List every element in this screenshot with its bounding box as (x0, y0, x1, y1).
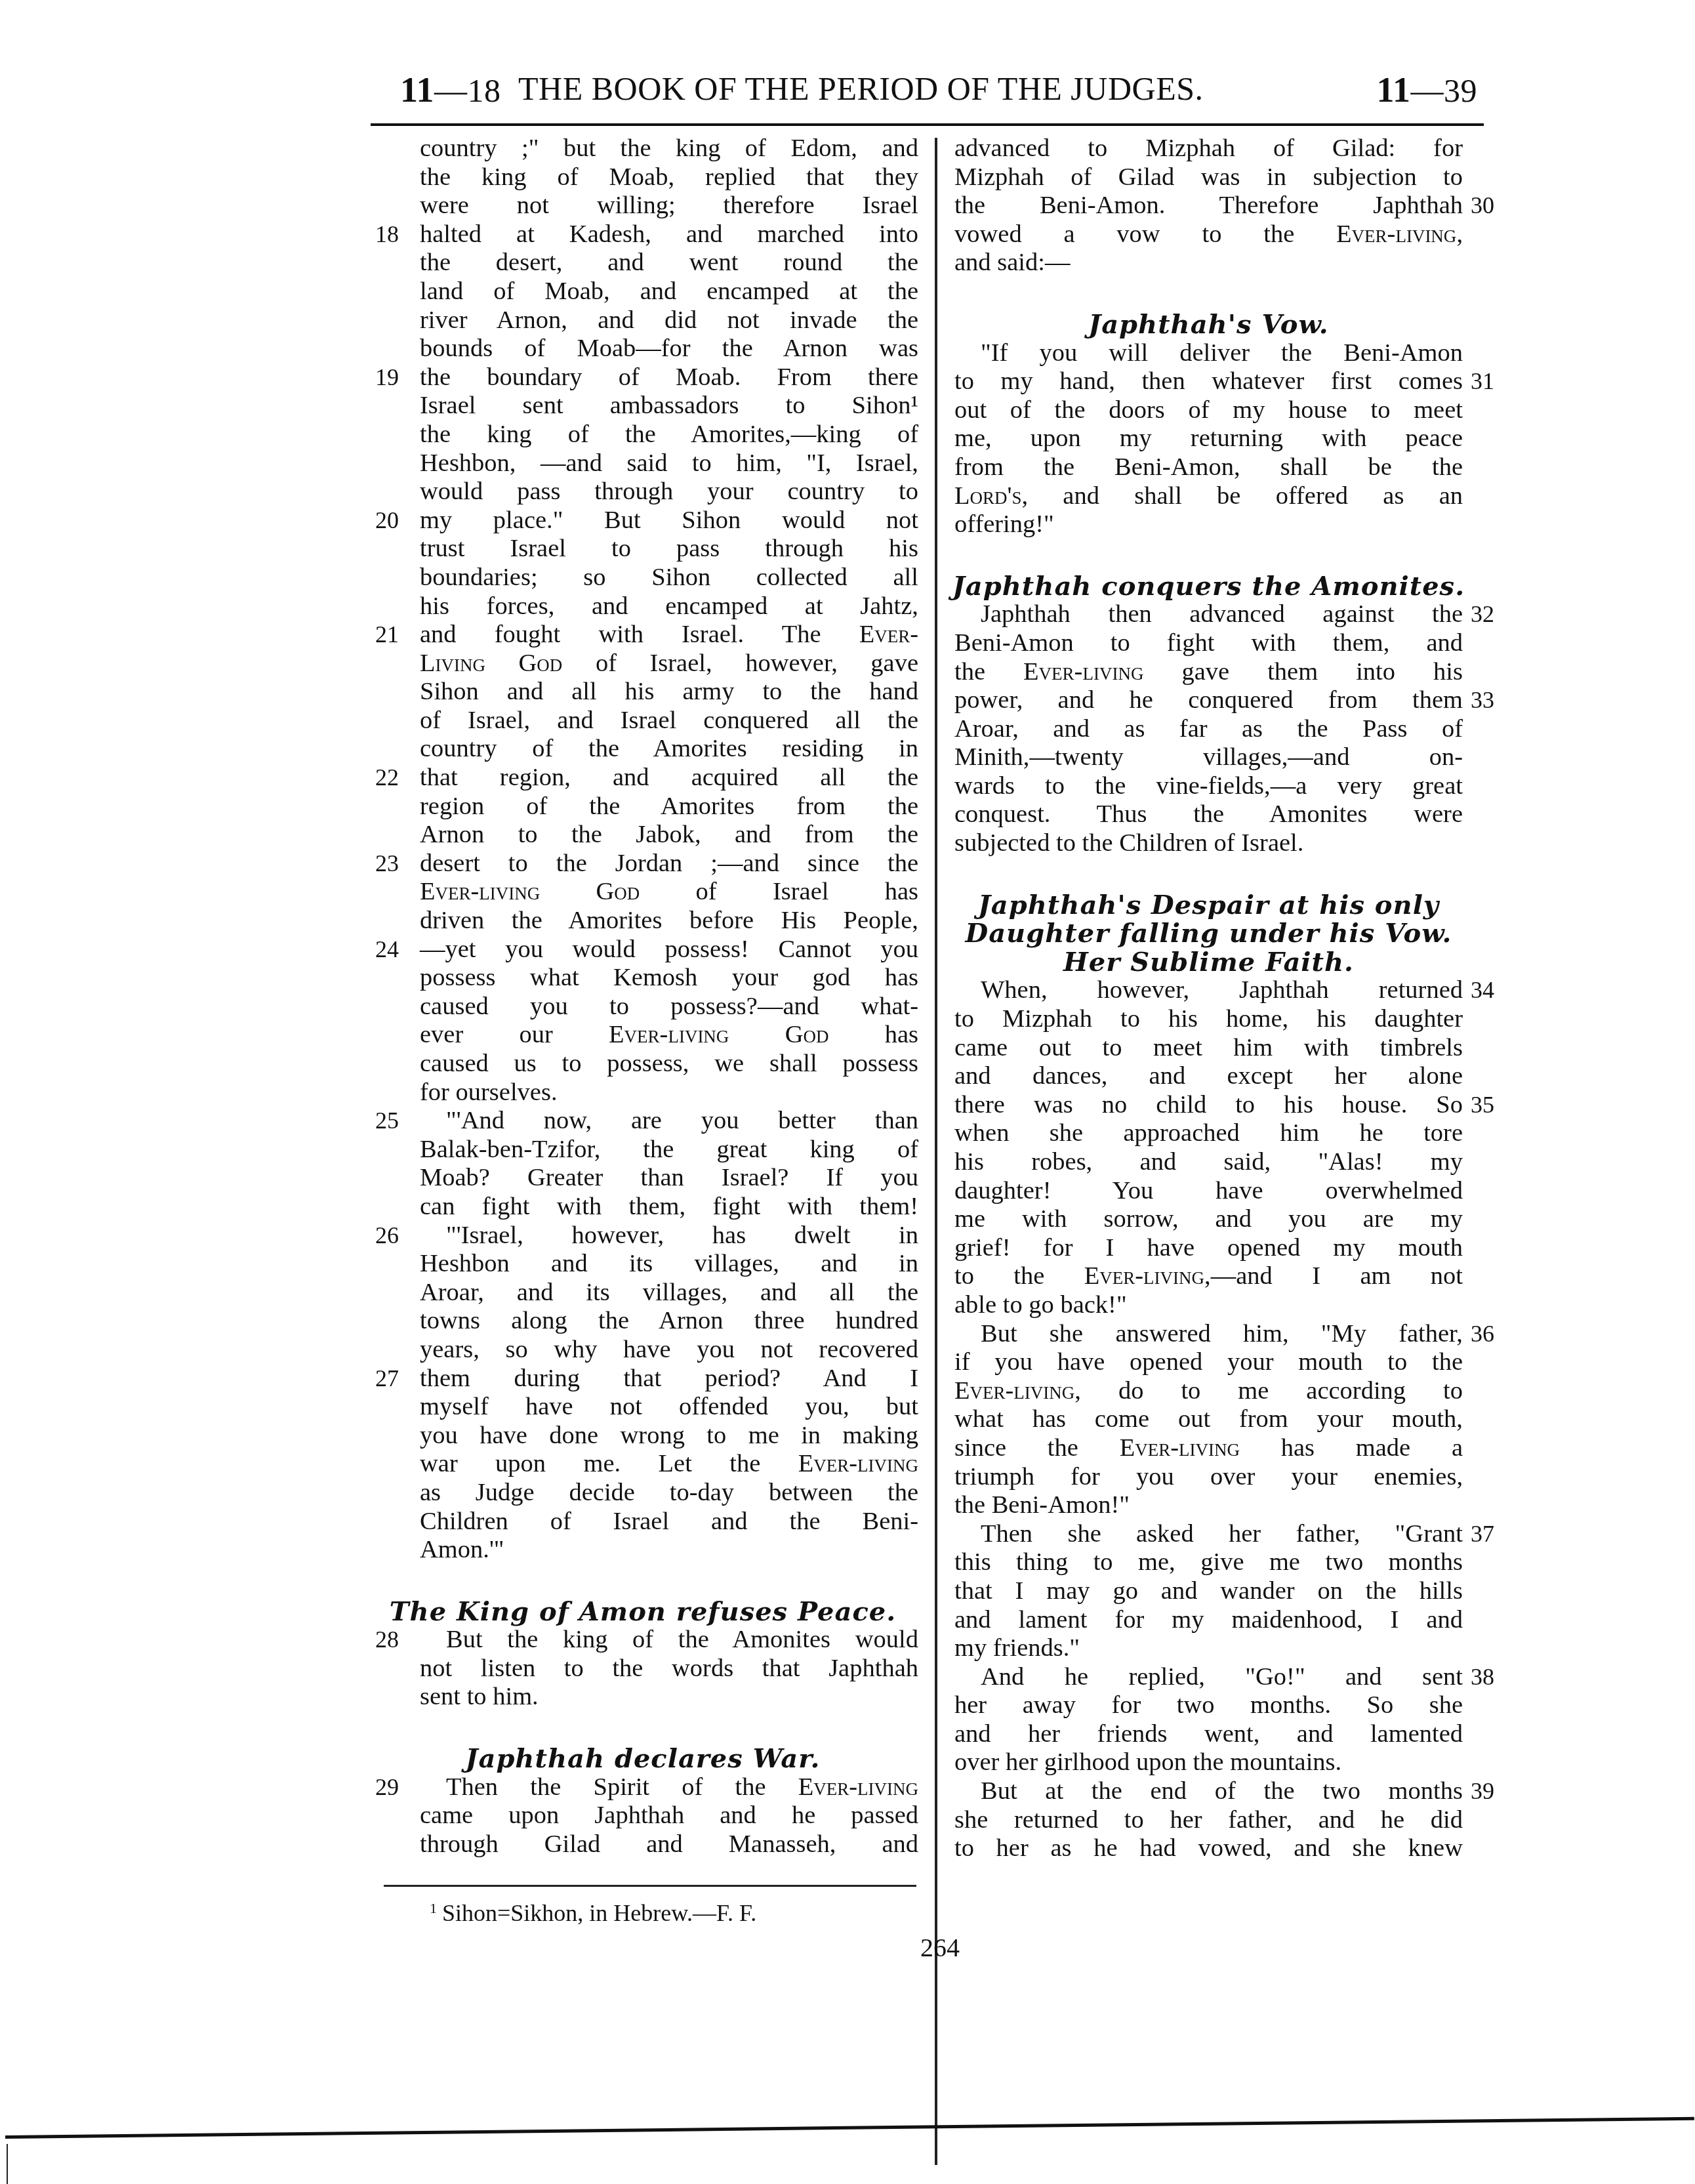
line-text: the Ever-living gave them into his (954, 658, 1463, 687)
line-text: my place." But Sihon would not (420, 506, 918, 535)
text-line: years, so why have you not recovered (367, 1336, 931, 1365)
line-text: power, and he conquered from them (954, 686, 1463, 715)
line-text: and lament for my maidenhood, I and (954, 1606, 1463, 1635)
line-text: Aroar, and as far as the Pass of (954, 715, 1463, 744)
text-line: offering!" (945, 510, 1522, 539)
spacer (367, 1712, 931, 1744)
line-text: there was no child to his house. So (954, 1091, 1463, 1120)
text-line: as Judge decide to-day between the (367, 1479, 931, 1508)
header-rule (371, 123, 1484, 126)
line-text: and fought with Israel. The Ever- (420, 621, 918, 649)
line-text: came out to meet him with timbrels (954, 1034, 1463, 1063)
text-line: driven the Amorites before His People, (367, 907, 931, 936)
line-text: offering!" (954, 510, 1463, 539)
verse-number: 32 (1471, 600, 1494, 629)
right-block-3: 32Japhthah then advanced against theBeni… (945, 600, 1522, 857)
section-heading-conquers-amonites: Japhthah conquers the Amonites. (945, 572, 1473, 601)
verse-number: 26 (375, 1222, 399, 1250)
text-line: Amon.'" (367, 1536, 931, 1565)
line-text: the king of the Amorites,—king of (420, 421, 918, 449)
line-text: came upon Japhthah and he passed (420, 1802, 918, 1830)
line-text: to my hand, then whatever first comes (954, 367, 1463, 396)
line-text: possess what Kemosh your god has (420, 964, 918, 993)
line-text: were not willing; therefore Israel (420, 192, 918, 220)
verse-number: 29 (375, 1773, 399, 1802)
line-text: boundaries; so Sihon collected all (420, 564, 918, 592)
text-line: Aroar, and as far as the Pass of (945, 715, 1522, 744)
section-heading-despair-line-1: Japhthah's Despair at his only (945, 891, 1473, 920)
line-text: when she approached him he tore (954, 1119, 1463, 1148)
text-line: that I may go and wander on the hills (945, 1577, 1522, 1606)
verse-number: 28 (375, 1626, 399, 1655)
line-text: Amon.'" (420, 1536, 918, 1565)
line-text: river Arnon, and did not invade the (420, 306, 918, 335)
line-text: advanced to Mizphah of Gilad: for (954, 134, 1463, 163)
line-text: my friends." (954, 1634, 1463, 1663)
text-line: were not willing; therefore Israel (367, 192, 931, 220)
line-text: Minith,—twenty villages,—and on- (954, 743, 1463, 772)
verse-number: 18 (375, 220, 399, 249)
text-line: came out to meet him with timbrels (945, 1034, 1522, 1063)
line-text: his forces, and encamped at Jahtz, (420, 592, 918, 621)
spacer (367, 1565, 931, 1597)
text-line: his robes, and said, "Alas! my (945, 1148, 1522, 1177)
text-line: bounds of Moab—for the Arnon was (367, 335, 931, 363)
section-heading-despair-line-3: Her Sublime Faith. (945, 948, 1473, 977)
text-line: 19the boundary of Moab. From there (367, 363, 931, 392)
text-line: can fight with them, fight with them! (367, 1193, 931, 1222)
text-line: 22that region, and acquired all the (367, 764, 931, 793)
text-line: 36But she answered him, "My father, (945, 1320, 1522, 1349)
text-line: 32Japhthah then advanced against the (945, 600, 1522, 629)
line-text: Ever-living God of Israel has (420, 878, 918, 907)
line-text: years, so why have you not recovered (420, 1336, 918, 1365)
line-text: me with sorrow, and you are my (954, 1205, 1463, 1234)
text-line: river Arnon, and did not invade the (367, 306, 931, 335)
line-text: Sihon and all his army to the hand (420, 678, 918, 707)
text-line: trust Israel to pass through his (367, 535, 931, 564)
header-end-reference: 11—39 (1376, 70, 1477, 110)
line-text: caused us to possess, we shall possess (420, 1050, 918, 1079)
text-line: 21and fought with Israel. The Ever- (367, 621, 931, 649)
line-text: Mizphah of Gilad was in subjection to (954, 163, 1463, 192)
line-text: the Beni-Amon!" (954, 1491, 1463, 1520)
verse-number: 21 (375, 621, 399, 649)
text-line: my friends." (945, 1634, 1522, 1663)
line-text: his robes, and said, "Alas! my (954, 1148, 1463, 1177)
line-text: Then the Spirit of the Ever-living (420, 1773, 918, 1802)
text-line: advanced to Mizphah of Gilad: for (945, 134, 1522, 163)
verse-number: 39 (1471, 1777, 1494, 1806)
line-text: land of Moab, and encamped at the (420, 278, 918, 306)
line-text: region of the Amorites from the (420, 793, 918, 821)
line-text: me, upon my returning with peace (954, 424, 1463, 453)
text-line: Balak-ben-Tzifor, the great king of (367, 1136, 931, 1164)
text-line: 31to my hand, then whatever first comes (945, 367, 1522, 396)
text-line: to her as he had vowed, and she knew (945, 1834, 1522, 1863)
verse-number: 33 (1471, 686, 1494, 715)
text-line: and said:— (945, 249, 1522, 278)
text-line: Arnon to the Jabok, and from the (367, 821, 931, 850)
right-block-2: "If you will deliver the Beni-Amon31to m… (945, 339, 1522, 539)
verse-number: 30 (1471, 192, 1494, 220)
line-text: ever our Ever-living God has (420, 1021, 918, 1050)
text-line: over her girlhood upon the mountains. (945, 1748, 1522, 1777)
line-text: wards to the vine-fields,—a very great (954, 772, 1463, 801)
line-text: vowed a vow to the Ever-living, (954, 220, 1463, 249)
line-text: the boundary of Moab. From there (420, 363, 918, 392)
line-text: to Mizphah to his home, his daughter (954, 1005, 1463, 1034)
line-text: not listen to the words that Japhthah (420, 1655, 918, 1683)
text-line: Living God of Israel, however, gave (367, 649, 931, 678)
line-text: and dances, and except her alone (954, 1062, 1463, 1091)
text-line: 23desert to the Jordan ;—and since the (367, 850, 931, 878)
text-line: of Israel, and Israel conquered all the (367, 707, 931, 735)
text-line: Heshbon, —and said to him, "I, Israel, (367, 449, 931, 478)
line-text: she returned to her father, and he did (954, 1806, 1463, 1835)
line-text: —yet you would possess! Cannot you (420, 936, 918, 964)
text-line: able to go back!" (945, 1291, 1522, 1320)
line-text: can fight with them, fight with them! (420, 1193, 918, 1222)
line-text: sent to him. (420, 1683, 918, 1712)
line-text: out of the doors of my house to meet (954, 396, 1463, 425)
line-text: country ;" but the king of Edom, and (420, 134, 918, 163)
text-line: Children of Israel and the Beni- (367, 1508, 931, 1536)
line-text: the Beni-Amon. Therefore Japhthah (954, 192, 1463, 220)
line-text: trust Israel to pass through his (420, 535, 918, 564)
text-line: Aroar, and its villages, and all the (367, 1279, 931, 1308)
text-line: you have done wrong to me in making (367, 1422, 931, 1451)
text-line: Mizphah of Gilad was in subjection to (945, 163, 1522, 192)
line-text: towns along the Arnon three hundred (420, 1307, 918, 1336)
text-line: 20my place." But Sihon would not (367, 506, 931, 535)
line-text: over her girlhood upon the mountains. (954, 1748, 1463, 1777)
verse-number: 19 (375, 363, 399, 392)
line-text: conquest. Thus the Amonites were (954, 800, 1463, 829)
footnote: 1Sihon=Sikhon, in Hebrew.—F. F. (430, 1899, 756, 1927)
section-heading-king-refuses-peace: The King of Amon refuses Peace. (367, 1597, 918, 1626)
text-line: 28But the king of the Amonites would (367, 1626, 931, 1655)
text-line: his forces, and encamped at Jahtz, (367, 592, 931, 621)
header-end-chapter: 11 (1376, 70, 1410, 110)
text-line: grief! for I have opened my mouth (945, 1234, 1522, 1263)
text-line: and her friends went, and lamented (945, 1720, 1522, 1749)
line-text: halted at Kadesh, and marched into (420, 220, 918, 249)
line-text: you have done wrong to me in making (420, 1422, 918, 1451)
line-text: war upon me. Let the Ever-living (420, 1450, 918, 1479)
text-line: the Ever-living gave them into his (945, 658, 1522, 687)
text-line: her away for two months. So she (945, 1691, 1522, 1720)
line-text: Children of Israel and the Beni- (420, 1508, 918, 1536)
section-heading-despair-line-2: Daughter falling under his Vow. (945, 919, 1473, 948)
header-end-verse: —39 (1411, 72, 1478, 109)
text-line: and lament for my maidenhood, I and (945, 1606, 1522, 1635)
text-line: land of Moab, and encamped at the (367, 278, 931, 306)
line-text: that I may go and wander on the hills (954, 1577, 1463, 1606)
text-line: boundaries; so Sihon collected all (367, 564, 931, 592)
line-text: the king of Moab, replied that they (420, 163, 918, 192)
text-line: to Mizphah to his home, his daughter (945, 1005, 1522, 1034)
line-text: But the king of the Amonites would (420, 1626, 918, 1655)
text-line: subjected to the Children of Israel. (945, 829, 1522, 858)
text-line: not listen to the words that Japhthah (367, 1655, 931, 1683)
footnote-text: Sihon=Sikhon, in Hebrew.—F. F. (442, 1900, 756, 1926)
line-text: to her as he had vowed, and she knew (954, 1834, 1463, 1863)
text-line: sent to him. (367, 1683, 931, 1712)
text-line: daughter! You have overwhelmed (945, 1177, 1522, 1206)
header-book-title: THE BOOK OF THE PERIOD OF THE JUDGES. (518, 70, 1203, 108)
line-text: the desert, and went round the (420, 249, 918, 278)
line-text: Ever-living, do to me according to (954, 1377, 1463, 1406)
text-line: Beni-Amon to fight with them, and (945, 629, 1522, 658)
section-heading-japhthahs-vow: Japhthah's Vow. (945, 310, 1473, 339)
verse-number: 22 (375, 764, 399, 793)
text-line: what has come out from your mouth, (945, 1405, 1522, 1434)
text-line: 27them during that period? And I (367, 1365, 931, 1393)
text-line: 39But at the end of the two months (945, 1777, 1522, 1806)
text-line: the king of the Amorites,—king of (367, 421, 931, 449)
line-text: since the Ever-living has made a (954, 1434, 1463, 1463)
line-text: But at the end of the two months (954, 1777, 1463, 1806)
header-start-reference: 11—18 (400, 70, 501, 110)
text-line: if you have opened your mouth to the (945, 1348, 1522, 1377)
text-line: she returned to her father, and he did (945, 1806, 1522, 1835)
text-line: this thing to me, give me two months (945, 1548, 1522, 1577)
header-start-verse: —18 (434, 72, 501, 109)
column-divider (935, 138, 937, 2165)
verse-number: 24 (375, 936, 399, 964)
line-text: "'Israel, however, has dwelt in (420, 1222, 918, 1250)
line-text: bounds of Moab—for the Arnon was (420, 335, 918, 363)
line-text: Beni-Amon to fight with them, and (954, 629, 1463, 658)
text-line: ever our Ever-living God has (367, 1021, 931, 1050)
text-line: 37Then she asked her father, "Grant (945, 1520, 1522, 1549)
verse-number: 31 (1471, 367, 1494, 396)
line-text: them during that period? And I (420, 1365, 918, 1393)
line-text: for ourselves. (420, 1079, 918, 1107)
text-line: the Beni-Amon!" (945, 1491, 1522, 1520)
left-column: country ;" but the king of Edom, andthe … (367, 134, 931, 1859)
text-line: Ever-living, do to me according to (945, 1377, 1522, 1406)
text-line: out of the doors of my house to meet (945, 396, 1522, 425)
line-text: what has come out from your mouth, (954, 1405, 1463, 1434)
text-line: towns along the Arnon three hundred (367, 1307, 931, 1336)
line-text: Heshbon and its villages, and in (420, 1250, 918, 1279)
text-line: Lord's, and shall be offered as an (945, 482, 1522, 511)
left-block-1: country ;" but the king of Edom, andthe … (367, 134, 931, 1565)
verse-number: 35 (1471, 1091, 1494, 1120)
line-text: her away for two months. So she (954, 1691, 1463, 1720)
text-line: me with sorrow, and you are my (945, 1205, 1522, 1234)
verse-number: 34 (1471, 976, 1494, 1005)
text-line: the king of Moab, replied that they (367, 163, 931, 192)
text-line: Heshbon and its villages, and in (367, 1250, 931, 1279)
line-text: Balak-ben-Tzifor, the great king of (420, 1136, 918, 1164)
line-text: from the Beni-Amon, shall be the (954, 453, 1463, 482)
scan-edge-left (7, 2144, 8, 2184)
verse-number: 20 (375, 506, 399, 535)
text-line: 26"'Israel, however, has dwelt in (367, 1222, 931, 1250)
text-line: 24—yet you would possess! Cannot you (367, 936, 931, 964)
text-line: "If you will deliver the Beni-Amon (945, 339, 1522, 368)
footnote-marker: 1 (430, 1900, 437, 1916)
verse-number: 37 (1471, 1520, 1494, 1549)
line-text: grief! for I have opened my mouth (954, 1234, 1463, 1263)
text-line: Israel sent ambassadors to Sihon¹ (367, 392, 931, 421)
line-text: this thing to me, give me two months (954, 1548, 1463, 1577)
text-line: region of the Amorites from the (367, 793, 931, 821)
line-text: Moab? Greater than Israel? If you (420, 1164, 918, 1193)
text-line: since the Ever-living has made a (945, 1434, 1522, 1463)
line-text: able to go back!" (954, 1291, 1463, 1320)
line-text: would pass through your country to (420, 478, 918, 506)
line-text: And he replied, "Go!" and sent (954, 1663, 1463, 1692)
right-block-4: 34When, however, Japhthah returnedto Miz… (945, 976, 1522, 1863)
text-line: war upon me. Let the Ever-living (367, 1450, 931, 1479)
section-heading-declares-war: Japhthah declares War. (367, 1744, 918, 1773)
text-line: from the Beni-Amon, shall be the (945, 453, 1522, 482)
text-line: conquest. Thus the Amonites were (945, 800, 1522, 829)
text-line: myself have not offended you, but (367, 1393, 931, 1422)
line-text: and her friends went, and lamented (954, 1720, 1463, 1749)
page-number: 264 (920, 1932, 960, 1963)
text-line: 25"'And now, are you better than (367, 1107, 931, 1136)
text-line: would pass through your country to (367, 478, 931, 506)
text-line: 35there was no child to his house. So (945, 1091, 1522, 1120)
verse-number: 27 (375, 1365, 399, 1393)
text-line: to the Ever-living,—and I am not (945, 1262, 1522, 1291)
line-text: Then she asked her father, "Grant (954, 1520, 1463, 1549)
text-line: Ever-living God of Israel has (367, 878, 931, 907)
text-line: 30the Beni-Amon. Therefore Japhthah (945, 192, 1522, 220)
line-text: that region, and acquired all the (420, 764, 918, 793)
line-text: Israel sent ambassadors to Sihon¹ (420, 392, 918, 421)
spacer (945, 539, 1522, 572)
text-line: vowed a vow to the Ever-living, (945, 220, 1522, 249)
line-text: But she answered him, "My father, (954, 1320, 1463, 1349)
line-text: Lord's, and shall be offered as an (954, 482, 1463, 511)
text-line: country ;" but the king of Edom, and (367, 134, 931, 163)
line-text: Japhthah then advanced against the (954, 600, 1463, 629)
text-line: me, upon my returning with peace (945, 424, 1522, 453)
line-text: myself have not offended you, but (420, 1393, 918, 1422)
text-line: the desert, and went round the (367, 249, 931, 278)
header-start-chapter: 11 (400, 70, 434, 110)
line-text: "If you will deliver the Beni-Amon (954, 339, 1463, 368)
right-column: advanced to Mizphah of Gilad: forMizphah… (945, 134, 1522, 1863)
verse-number: 36 (1471, 1320, 1494, 1349)
text-line: wards to the vine-fields,—a very great (945, 772, 1522, 801)
line-text: driven the Amorites before His People, (420, 907, 918, 936)
line-text: Aroar, and its villages, and all the (420, 1279, 918, 1308)
text-line: 18halted at Kadesh, and marched into (367, 220, 931, 249)
line-text: through Gilad and Manasseh, and (420, 1830, 918, 1859)
text-line: and dances, and except her alone (945, 1062, 1522, 1091)
left-block-3: 29Then the Spirit of the Ever-livingcame… (367, 1773, 931, 1859)
line-text: as Judge decide to-day between the (420, 1479, 918, 1508)
line-text: Living God of Israel, however, gave (420, 649, 918, 678)
text-line: country of the Amorites residing in (367, 735, 931, 764)
text-line: 34When, however, Japhthah returned (945, 976, 1522, 1005)
text-line: triumph for you over your enemies, (945, 1463, 1522, 1492)
right-block-1: advanced to Mizphah of Gilad: forMizphah… (945, 134, 1522, 278)
text-line: 33power, and he conquered from them (945, 686, 1522, 715)
line-text: "'And now, are you better than (420, 1107, 918, 1136)
line-text: caused you to possess?—and what- (420, 993, 918, 1021)
text-line: Minith,—twenty villages,—and on- (945, 743, 1522, 772)
line-text: to the Ever-living,—and I am not (954, 1262, 1463, 1291)
line-text: triumph for you over your enemies, (954, 1463, 1463, 1492)
text-line: 29Then the Spirit of the Ever-living (367, 1773, 931, 1802)
left-block-2: 28But the king of the Amonites wouldnot … (367, 1626, 931, 1712)
running-header: 11—18 THE BOOK OF THE PERIOD OF THE JUDG… (371, 66, 1484, 126)
line-text: Heshbon, —and said to him, "I, Israel, (420, 449, 918, 478)
text-line: 38And he replied, "Go!" and sent (945, 1663, 1522, 1692)
text-line: Sihon and all his army to the hand (367, 678, 931, 707)
verse-number: 25 (375, 1107, 399, 1136)
line-text: desert to the Jordan ;—and since the (420, 850, 918, 878)
spacer (945, 278, 1522, 310)
text-line: when she approached him he tore (945, 1119, 1522, 1148)
text-line: Moab? Greater than Israel? If you (367, 1164, 931, 1193)
line-text: daughter! You have overwhelmed (954, 1177, 1463, 1206)
line-text: When, however, Japhthah returned (954, 976, 1463, 1005)
line-text: if you have opened your mouth to the (954, 1348, 1463, 1377)
text-line: came upon Japhthah and he passed (367, 1802, 931, 1830)
text-line: possess what Kemosh your god has (367, 964, 931, 993)
scan-edge-line (5, 2117, 1694, 2139)
text-line: for ourselves. (367, 1079, 931, 1107)
line-text: subjected to the Children of Israel. (954, 829, 1463, 858)
text-line: caused you to possess?—and what- (367, 993, 931, 1021)
text-line: caused us to possess, we shall possess (367, 1050, 931, 1079)
verse-number: 23 (375, 850, 399, 878)
verse-number: 38 (1471, 1663, 1494, 1692)
footnote-rule (384, 1885, 916, 1887)
line-text: and said:— (954, 249, 1463, 278)
text-line: through Gilad and Manasseh, and (367, 1830, 931, 1859)
spacer (945, 858, 1522, 891)
line-text: country of the Amorites residing in (420, 735, 918, 764)
line-text: Arnon to the Jabok, and from the (420, 821, 918, 850)
line-text: of Israel, and Israel conquered all the (420, 707, 918, 735)
